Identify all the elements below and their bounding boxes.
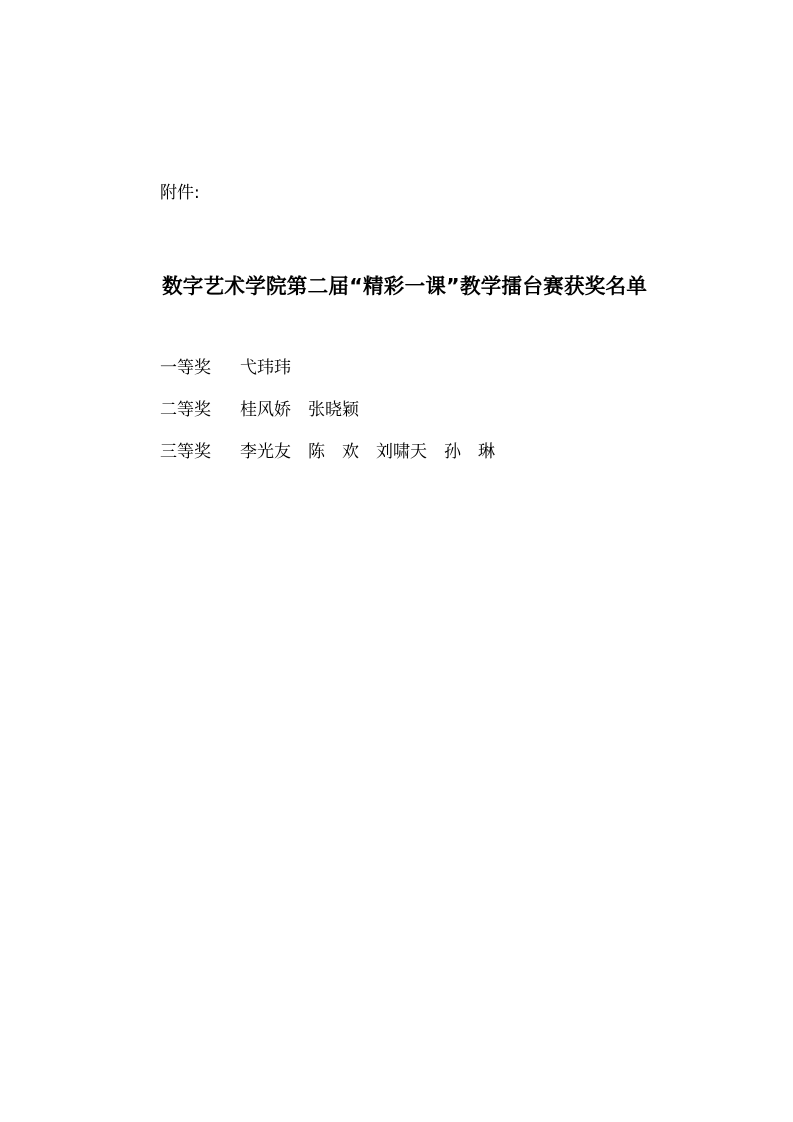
winner-name: 陈 欢 <box>308 441 359 463</box>
award-list: 一等奖 弋玮玮 二等奖 桂风娇 张晓颖 三等奖 李光友 陈 欢 刘啸天 孙 琳 <box>160 357 512 483</box>
award-row-second: 二等奖 桂风娇 张晓颖 <box>160 399 512 441</box>
award-row-first: 一等奖 弋玮玮 <box>160 357 512 399</box>
award-row-third: 三等奖 李光友 陈 欢 刘啸天 孙 琳 <box>160 441 512 483</box>
winner-name: 李光友 <box>240 441 291 463</box>
winner-name: 弋玮玮 <box>240 357 291 379</box>
winner-name: 桂风娇 <box>240 399 291 421</box>
winner-name: 刘啸天 <box>376 441 427 463</box>
award-level: 三等奖 <box>160 441 240 463</box>
award-level: 一等奖 <box>160 357 240 379</box>
winner-name: 张晓颖 <box>308 399 359 421</box>
attachment-label: 附件: <box>160 182 200 204</box>
award-level: 二等奖 <box>160 399 240 421</box>
page-title: 数字艺术学院第二届“精彩一课”教学擂台赛获奖名单 <box>162 273 682 299</box>
winner-name: 孙 琳 <box>444 441 495 463</box>
